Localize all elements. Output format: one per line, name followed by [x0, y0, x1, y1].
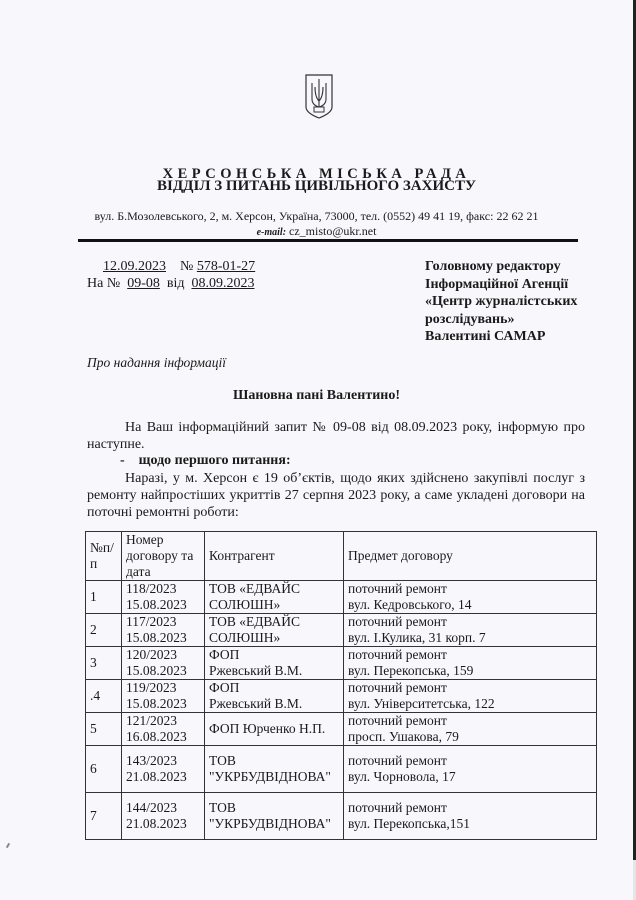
cell-line: ФОП: [209, 680, 339, 696]
department-name: ВІДДІЛ З ПИТАНЬ ЦИВІЛЬНОГО ЗАХИСТУ: [0, 178, 633, 195]
contract-cell: 144/202321.08.2023: [122, 793, 205, 840]
organization-email: e-mail: cz_misto@ukr.net: [0, 224, 633, 239]
column-header: №п/п: [86, 532, 122, 581]
addressee-line: розслідувань»: [425, 311, 577, 329]
subject-cell: поточний ремонтвул. Університетська, 122: [344, 680, 597, 713]
cell-line: 21.08.2023: [126, 769, 200, 785]
cell-line: поточний ремонт: [348, 800, 592, 816]
table-header-row: №п/п Номер договору та дата Контрагент П…: [86, 532, 597, 581]
cell-line: ТОВ «ЕДВАЙС: [209, 614, 339, 630]
cell-line: 118/2023: [126, 581, 200, 597]
document-page: ХЕРСОНСЬКА МІСЬКА РАДА ВІДДІЛ З ПИТАНЬ Ц…: [0, 0, 633, 900]
column-header: Контрагент: [205, 532, 344, 581]
email-label: e-mail:: [257, 227, 286, 238]
cell-line: 15.08.2023: [126, 597, 200, 613]
subject-cell: поточний ремонтвул. І.Кулика, 31 корп. 7: [344, 614, 597, 647]
cell-line: 6: [90, 761, 117, 777]
cell-line: 144/2023: [126, 800, 200, 816]
body-paragraph: На Ваш інформаційний запит № 09-08 від 0…: [87, 419, 585, 453]
counterparty-cell: ТОВ «ЕДВАЙССОЛЮШН»: [205, 614, 344, 647]
counterparty-cell: ФОПРжевський В.М.: [205, 680, 344, 713]
letter-number: 578-01-27: [197, 259, 255, 274]
cell-line: ТОВ: [209, 753, 339, 769]
counterparty-cell: ФОПРжевський В.М.: [205, 647, 344, 680]
cell-line: 3: [90, 655, 117, 671]
row-number-cell: 5: [86, 713, 122, 746]
subject-cell: поточний ремонтпросп. Ушакова, 79: [344, 713, 597, 746]
outgoing-reference: 12.09.2023 № 578-01-27 На № 09-08 від 08…: [87, 258, 255, 292]
reply-date: 08.09.2023: [191, 276, 254, 291]
contract-cell: 121/202316.08.2023: [122, 713, 205, 746]
addressee-line: Головному редактору: [425, 258, 577, 276]
contract-cell: 143/202321.08.2023: [122, 746, 205, 793]
cell-line: СОЛЮШН»: [209, 597, 339, 613]
column-header: Номер договору та дата: [122, 532, 205, 581]
subject-cell: поточний ремонтвул. Чорновола, 17: [344, 746, 597, 793]
contract-cell: 118/202315.08.2023: [122, 581, 205, 614]
row-number-cell: 7: [86, 793, 122, 840]
cell-line: 2: [90, 622, 117, 638]
cell-line: вул. Чорновола, 17: [348, 769, 592, 785]
cell-line: поточний ремонт: [348, 614, 592, 630]
cell-line: просп. Ушакова, 79: [348, 729, 592, 745]
contract-cell: 120/202315.08.2023: [122, 647, 205, 680]
cell-line: 15.08.2023: [126, 696, 200, 712]
table-row: 3120/202315.08.2023ФОПРжевський В.М.пото…: [86, 647, 597, 680]
number-label: №: [180, 259, 193, 274]
cell-line: 1: [90, 589, 117, 605]
addressee-line: «Центр журналістських: [425, 293, 577, 311]
cell-line: "УКРБУДВІДНОВА": [209, 816, 339, 832]
table-row: 7144/202321.08.2023ТОВ"УКРБУДВІДНОВА"пот…: [86, 793, 597, 840]
counterparty-cell: ФОП Юрченко Н.П.: [205, 713, 344, 746]
cell-line: поточний ремонт: [348, 647, 592, 663]
cell-line: СОЛЮШН»: [209, 630, 339, 646]
cell-line: 21.08.2023: [126, 816, 200, 832]
letter-subject: Про надання інформації: [87, 355, 226, 371]
counterparty-cell: ТОВ"УКРБУДВІДНОВА": [205, 793, 344, 840]
reply-prefix: На №: [87, 276, 120, 291]
contract-cell: 119/202315.08.2023: [122, 680, 205, 713]
cell-line: поточний ремонт: [348, 581, 592, 597]
greeting: Шановна пані Валентино!: [0, 388, 633, 404]
cell-line: 7: [90, 808, 117, 824]
subject-cell: поточний ремонтвул. Перекопська,151: [344, 793, 597, 840]
table-row: .4119/202315.08.2023ФОПРжевський В.М.пот…: [86, 680, 597, 713]
cell-line: 15.08.2023: [126, 663, 200, 679]
cell-line: ФОП: [209, 647, 339, 663]
cell-line: поточний ремонт: [348, 680, 592, 696]
cell-line: 121/2023: [126, 713, 200, 729]
table-row: 1118/202315.08.2023ТОВ «ЕДВАЙССОЛЮШН»пот…: [86, 581, 597, 614]
subject-cell: поточний ремонтвул. Перекопська, 159: [344, 647, 597, 680]
cell-line: .4: [90, 688, 117, 704]
addressee-line: Інформаційної Агенції: [425, 276, 577, 294]
row-number-cell: 1: [86, 581, 122, 614]
cell-line: 16.08.2023: [126, 729, 200, 745]
table-row: 5121/202316.08.2023ФОП Юрченко Н.П.поточ…: [86, 713, 597, 746]
cell-line: Ржевський В.М.: [209, 696, 339, 712]
question-heading: - щодо першого питання:: [120, 453, 291, 469]
cell-line: Ржевський В.М.: [209, 663, 339, 679]
reply-number: 09-08: [127, 276, 160, 291]
cell-line: 117/2023: [126, 614, 200, 630]
column-header: Предмет договору: [344, 532, 597, 581]
counterparty-cell: ТОВ «ЕДВАЙССОЛЮШН»: [205, 581, 344, 614]
cell-line: 15.08.2023: [126, 630, 200, 646]
cell-line: вул. І.Кулика, 31 корп. 7: [348, 630, 592, 646]
letterhead-divider: [78, 239, 578, 242]
cell-line: 5: [90, 721, 117, 737]
cell-line: вул. Кедровського, 14: [348, 597, 592, 613]
scan-artifact: [6, 843, 10, 848]
table-row: 6143/202321.08.2023ТОВ"УКРБУДВІДНОВА"пот…: [86, 746, 597, 793]
cell-line: ФОП Юрченко Н.П.: [209, 721, 339, 737]
cell-line: 120/2023: [126, 647, 200, 663]
trident-coat-of-arms-icon: [304, 73, 334, 119]
addressee-block: Головному редактору Інформаційної Агенці…: [425, 258, 577, 346]
cell-line: 119/2023: [126, 680, 200, 696]
row-number-cell: .4: [86, 680, 122, 713]
cell-line: "УКРБУДВІДНОВА": [209, 769, 339, 785]
cell-line: вул. Перекопська,151: [348, 816, 592, 832]
cell-line: вул. Університетська, 122: [348, 696, 592, 712]
row-number-cell: 3: [86, 647, 122, 680]
organization-address: вул. Б.Мозолевського, 2, м. Херсон, Укра…: [0, 209, 633, 224]
subject-cell: поточний ремонтвул. Кедровського, 14: [344, 581, 597, 614]
row-number-cell: 2: [86, 614, 122, 647]
cell-line: поточний ремонт: [348, 713, 592, 729]
cell-line: 143/2023: [126, 753, 200, 769]
contract-cell: 117/202315.08.2023: [122, 614, 205, 647]
cell-line: вул. Перекопська, 159: [348, 663, 592, 679]
email-address[interactable]: cz_misto@ukr.net: [289, 224, 376, 238]
row-number-cell: 6: [86, 746, 122, 793]
cell-line: поточний ремонт: [348, 753, 592, 769]
reply-from-label: від: [167, 276, 185, 291]
table-row: 2117/202315.08.2023ТОВ «ЕДВАЙССОЛЮШН»пот…: [86, 614, 597, 647]
cell-line: ТОВ «ЕДВАЙС: [209, 581, 339, 597]
contracts-table: №п/п Номер договору та дата Контрагент П…: [85, 531, 597, 840]
counterparty-cell: ТОВ"УКРБУДВІДНОВА": [205, 746, 344, 793]
cell-line: ТОВ: [209, 800, 339, 816]
body-paragraph: Наразі, у м. Херсон є 19 об’єктів, щодо …: [87, 470, 585, 521]
letter-date: 12.09.2023: [103, 259, 166, 274]
addressee-line: Валентині САМАР: [425, 328, 577, 346]
